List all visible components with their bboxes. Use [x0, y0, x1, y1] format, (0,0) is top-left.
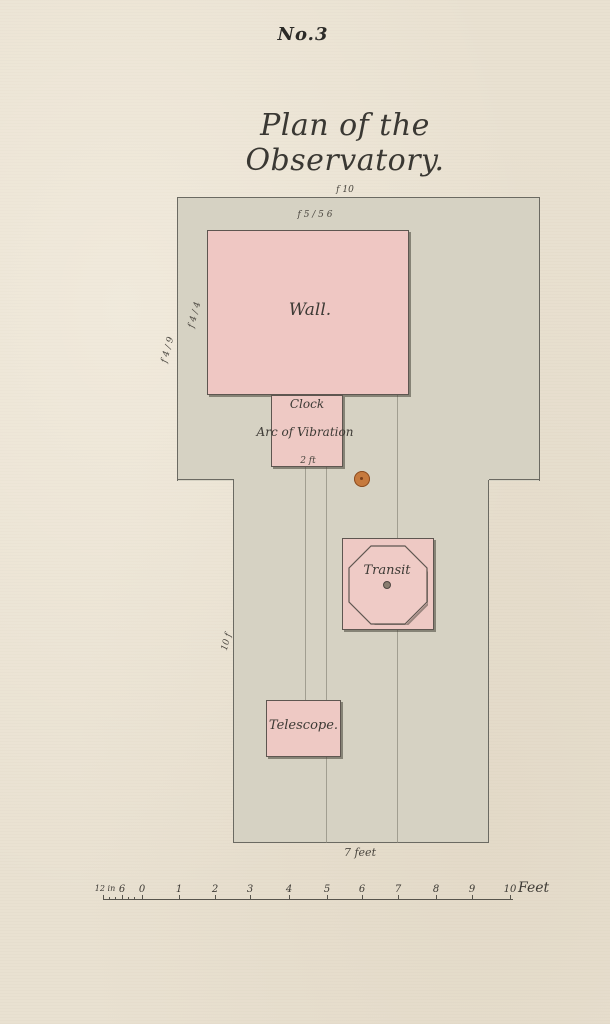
- scale-tick: [103, 895, 104, 900]
- scale-label: 3: [240, 884, 260, 895]
- scale-minor-tick: [128, 897, 129, 900]
- wall-height-outer-dimension: f 4 / 9: [159, 334, 176, 366]
- scale-label-minor: 6: [112, 884, 132, 895]
- guide-line-right: [397, 395, 398, 538]
- scale-label: 1: [169, 884, 189, 895]
- bottom-width-dimension: 7 feet: [335, 846, 385, 859]
- scale-label: 9: [462, 884, 482, 895]
- scale-label: 6: [352, 884, 372, 895]
- scale-tick: [327, 895, 328, 900]
- scale-label: 8: [426, 884, 446, 895]
- scale-bar: [103, 899, 513, 900]
- scale-tick: [179, 895, 180, 900]
- wall-label: Wall.: [255, 300, 365, 320]
- scale-label: 10: [500, 884, 520, 895]
- scale-minor-tick: [134, 897, 135, 900]
- scale-tick: [250, 895, 251, 900]
- guide-line-right-lower: [397, 630, 398, 843]
- scale-minor-tick: [109, 897, 110, 900]
- scale-tick: [436, 895, 437, 900]
- post-marker: [354, 471, 370, 487]
- top-width-dimension: f 10: [330, 185, 360, 195]
- ground-step-right: [489, 479, 540, 480]
- guide-line-mid: [326, 467, 327, 700]
- scale-tick: [289, 895, 290, 900]
- scale-tick: [142, 895, 143, 900]
- scale-label: 7: [388, 884, 408, 895]
- ground-step-left: [177, 479, 234, 480]
- arc-of-vibration-label: Arc of Vibration: [240, 425, 370, 439]
- scale-unit-label: Feet: [518, 880, 549, 896]
- observatory-ground-lower: [233, 480, 489, 843]
- scale-label: 5: [317, 884, 337, 895]
- clock-label: Clock: [271, 397, 343, 411]
- scale-tick: [398, 895, 399, 900]
- plan-title: Plan of the Observatory.: [160, 108, 530, 178]
- guide-line-left: [305, 467, 306, 700]
- scale-minor-tick: [115, 897, 116, 900]
- plate-number: No.3: [268, 24, 338, 45]
- scale-tick: [472, 895, 473, 900]
- scale-label: 2: [205, 884, 225, 895]
- wall-width-dimension: f 5 / 5 6: [295, 210, 335, 220]
- scale-label: 4: [279, 884, 299, 895]
- scale-label-minor: 0: [132, 884, 152, 895]
- scale-tick: [122, 895, 123, 900]
- scale-tick: [215, 895, 216, 900]
- clock-base-dimension: 2 ft: [296, 456, 320, 466]
- scale-tick: [362, 895, 363, 900]
- telescope-label: Telescope.: [266, 718, 341, 733]
- scale-tick: [510, 895, 511, 900]
- transit-center-icon: [383, 581, 391, 589]
- transit-label: Transit: [348, 563, 426, 578]
- guide-line-mid-lower: [326, 757, 327, 843]
